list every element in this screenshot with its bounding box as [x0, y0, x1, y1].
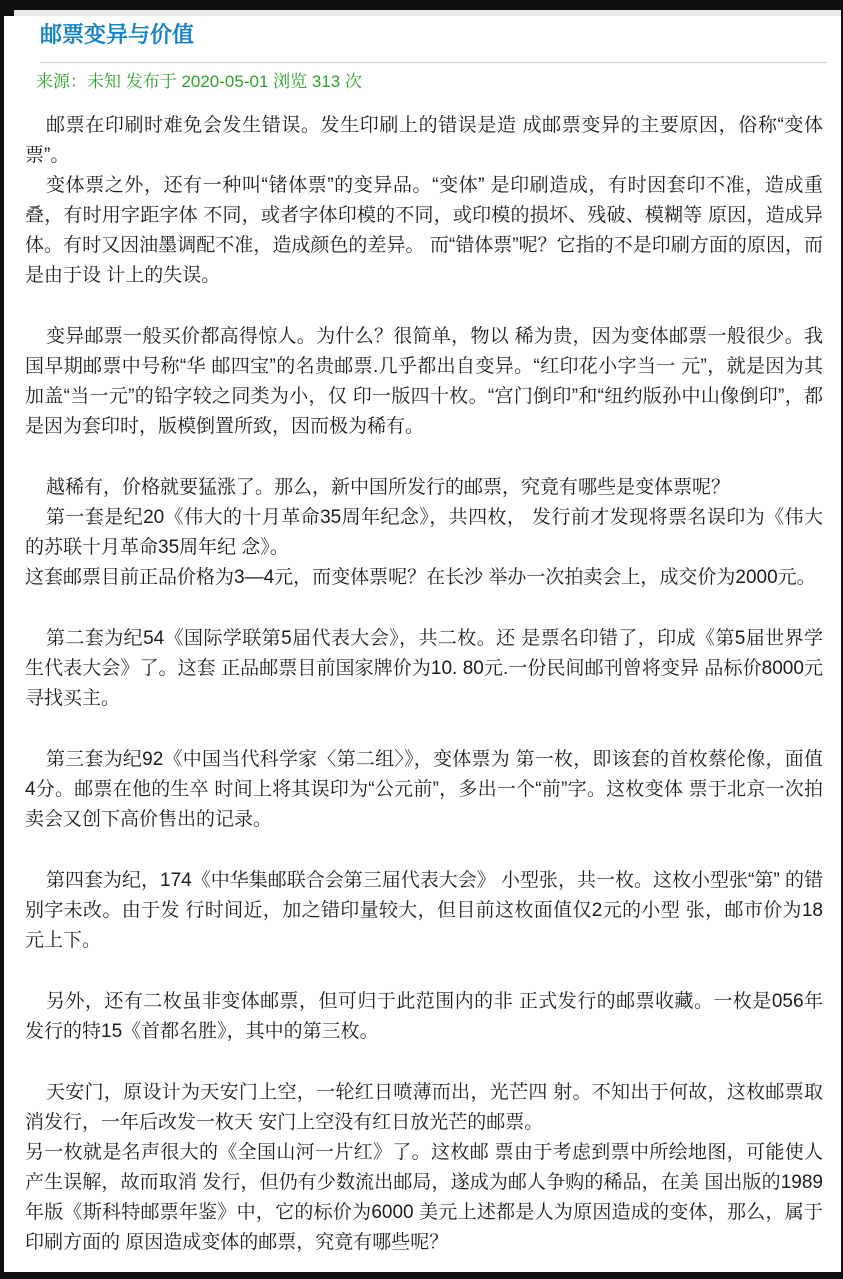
title-divider: [40, 62, 827, 63]
article-page: 邮票变异与价值 来源：未知 发布于 2020-05-01 浏览 313 次 邮票…: [4, 16, 841, 1272]
article-paragraph: 第二套为纪54《国际学联第5届代表大会》，共二枚。还 是票名印错了，印成《第5届…: [25, 624, 823, 714]
article-paragraph: 变异邮票一般买价都高得惊人。为什么？很简单，物以 稀为贵，因为变体邮票一般很少。…: [25, 322, 823, 442]
article-paragraph: 另外，还有二枚虽非变体邮票，但可归于此范围内的非 正式发行的邮票收藏。一枚是05…: [25, 987, 823, 1047]
article-paragraph: 邮票在印刷时难免会发生错误。发生印刷上的错误是造 成邮票变异的主要原因，俗称“变…: [25, 111, 823, 171]
page-title: 邮票变异与价值: [40, 22, 829, 48]
article-paragraph: 这套邮票目前正品价格为3—4元，而变体票呢？在长沙 举办一次拍卖会上，成交价为2…: [25, 563, 823, 593]
page-frame: 邮票变异与价值 来源：未知 发布于 2020-05-01 浏览 313 次 邮票…: [0, 0, 843, 1279]
article-body: 邮票在印刷时难免会发生错误。发生印刷上的错误是造 成邮票变异的主要原因，俗称“变…: [25, 111, 823, 1258]
article-paragraph: 第三套为纪92《中国当代科学家〈第二组〉》，变体票为 第一枚，即该套的首枚蔡伦像…: [25, 745, 823, 835]
article-paragraph: 越稀有，价格就要猛涨了。那么，新中国所发行的邮票，究竟有哪些是变体票呢？: [25, 473, 823, 503]
article-paragraph: 另一枚就是名声很大的《全国山河一片红》了。这枚邮 票由于考虑到票中所绘地图，可能…: [25, 1138, 823, 1258]
article-paragraph: 第四套为纪，174《中华集邮联合会第三届代表大会》 小型张，共一枚。这枚小型张“…: [25, 866, 823, 956]
article-meta: 来源：未知 发布于 2020-05-01 浏览 313 次: [36, 71, 829, 93]
article-paragraph: 第一套是纪20《伟大的十月革命35周年纪念》，共四枚， 发行前才发现将票名误印为…: [25, 503, 823, 563]
article-paragraph: 变体票之外，还有一种叫“锗体票”的变异品。“变体” 是印刷造成，有时因套印不准，…: [25, 171, 823, 291]
article-paragraph: 天安门，原设计为天安门上空，一轮红日喷薄而出，光芒四 射。不知出于何故，这枚邮票…: [25, 1078, 823, 1138]
